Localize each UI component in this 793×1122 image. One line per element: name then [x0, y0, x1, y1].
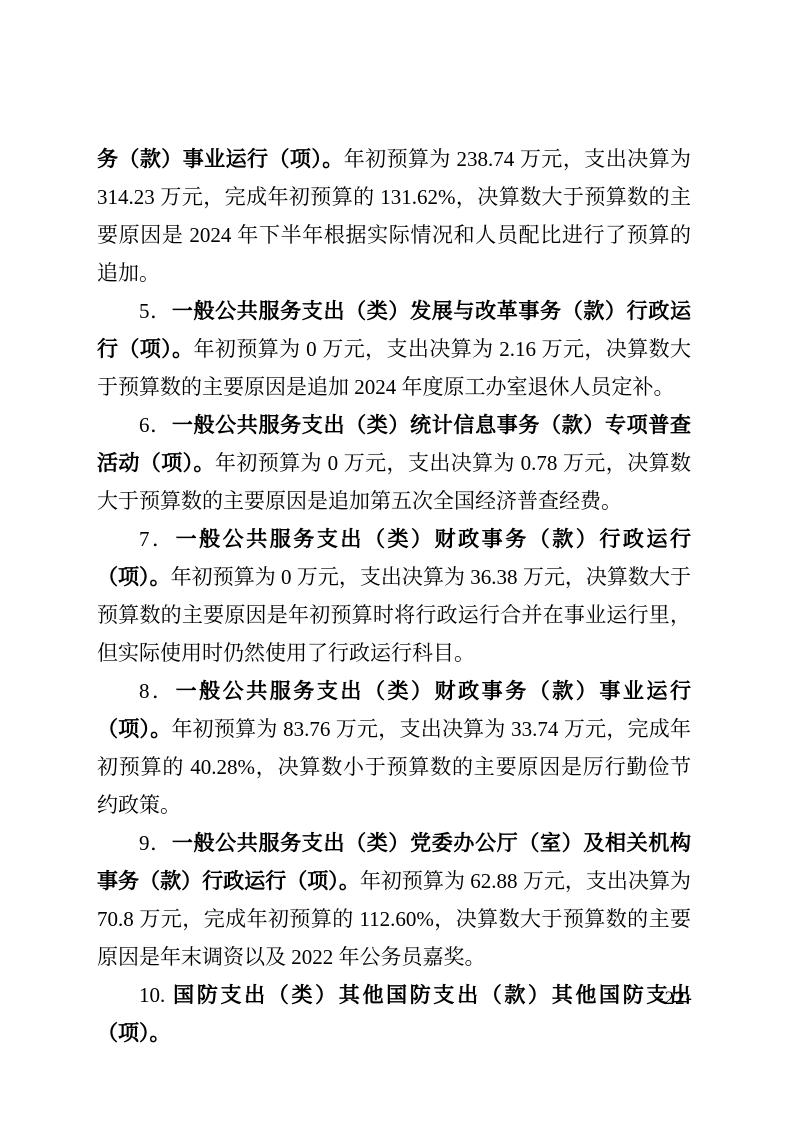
paragraph-item9: 9．一般公共服务支出（类）党委办公厅（室）及相关机构事务（款）行政运行（项）。年…: [97, 824, 691, 976]
item9-number: 9．: [139, 831, 172, 855]
paragraph-item10: 10. 国防支出（类）其他国防支出（款）其他国防支出（项）。: [97, 976, 691, 1052]
item6-number: 6．: [139, 413, 172, 437]
item7-body-text: 年初预算为 0 万元，支出决算为 36.38 万元，决算数大于预算数的主要原因是…: [97, 565, 691, 665]
document-body: 务（款）事业运行（项）。年初预算为 238.74 万元，支出决算为 314.23…: [97, 140, 691, 1052]
item10-number: 10.: [139, 983, 173, 1007]
document-page: 务（款）事业运行（项）。年初预算为 238.74 万元，支出决算为 314.23…: [0, 0, 793, 1122]
paragraph-item5: 5．一般公共服务支出（类）发展与改革事务（款）行政运行（项）。年初预算为 0 万…: [97, 292, 691, 406]
item10-heading: 国防支出（类）其他国防支出（款）其他国防支出（项）。: [97, 983, 691, 1045]
paragraph-item8: 8．一般公共服务支出（类）财政事务（款）事业运行（项）。年初预算为 83.76 …: [97, 672, 691, 824]
paragraph-item7: 7．一般公共服务支出（类）财政事务（款）行政运行（项）。年初预算为 0 万元，支…: [97, 520, 691, 672]
item8-body-text: 年初预算为 83.76 万元，支出决算为 33.74 万元，完成年初预算的 40…: [97, 717, 691, 817]
item5-number: 5．: [139, 299, 172, 323]
paragraph-item6: 6．一般公共服务支出（类）统计信息事务（款）专项普查活动（项）。年初预算为 0 …: [97, 406, 691, 520]
item4-heading-continuation: 务（款）事业运行（项）。: [97, 147, 344, 171]
page-number: -22-: [657, 984, 693, 1014]
item7-number: 7．: [139, 527, 176, 551]
paragraph-item4-continuation: 务（款）事业运行（项）。年初预算为 238.74 万元，支出决算为 314.23…: [97, 140, 691, 292]
item8-number: 8．: [139, 679, 176, 703]
